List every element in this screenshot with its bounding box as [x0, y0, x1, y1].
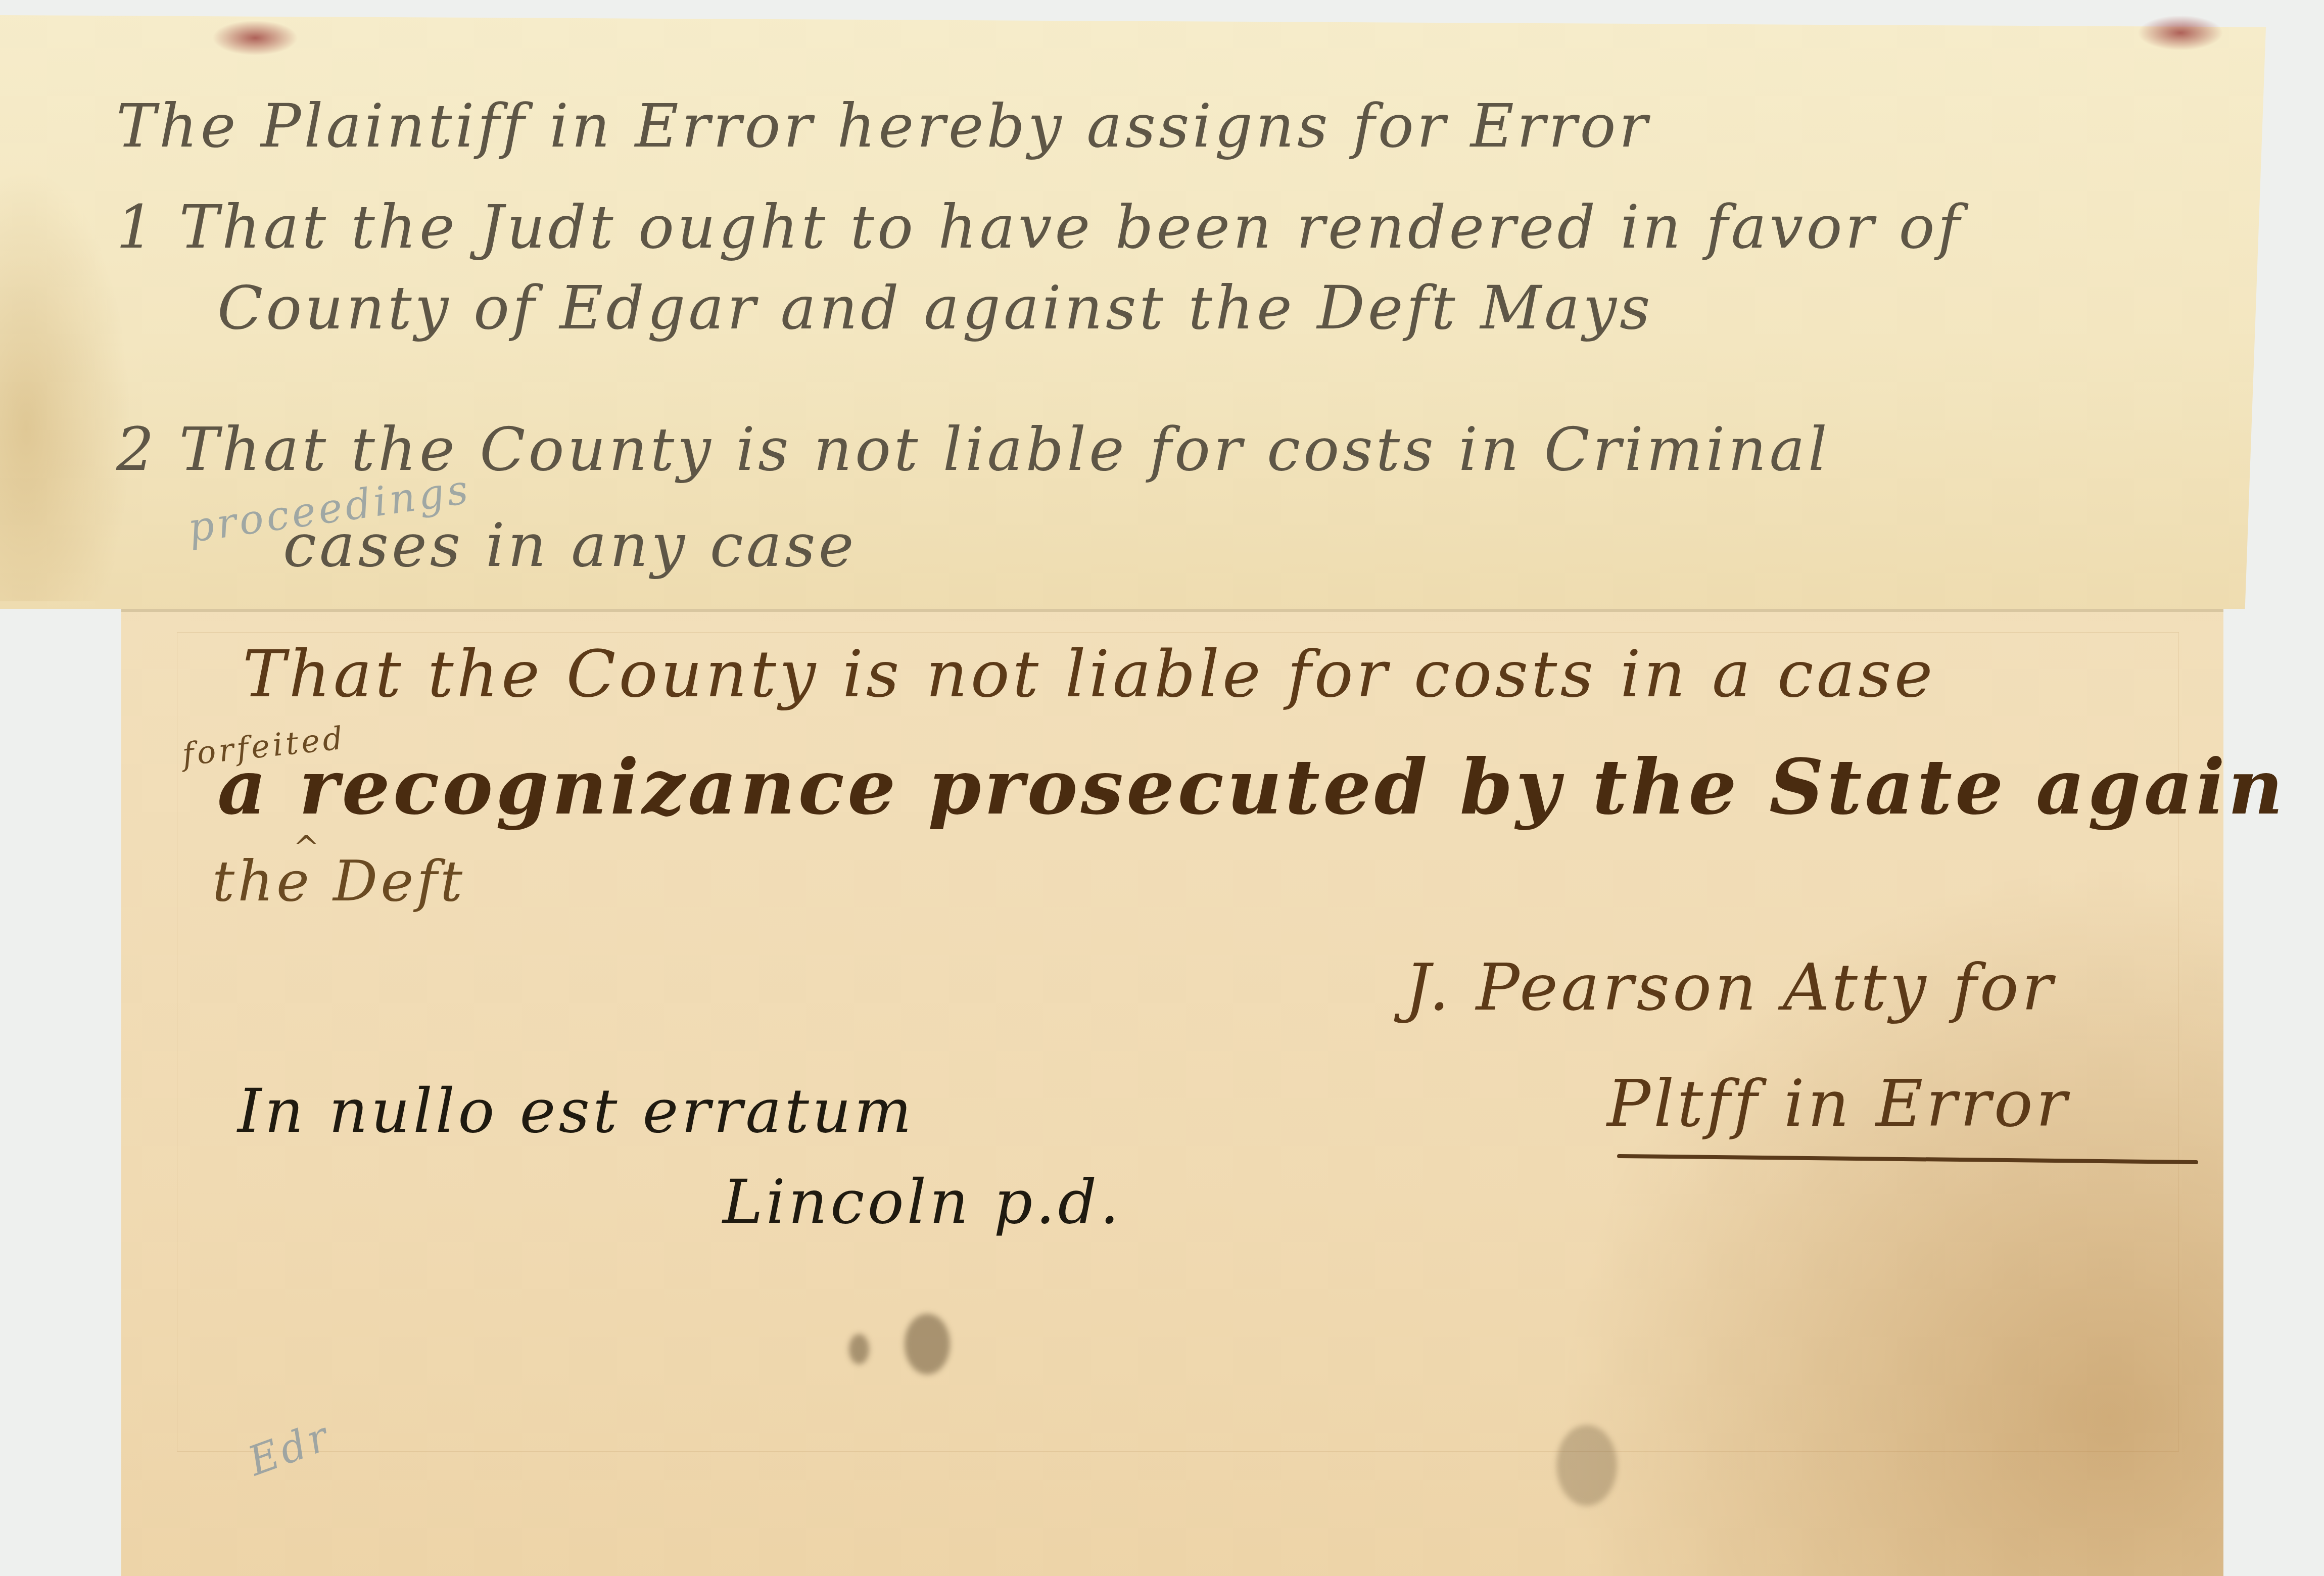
heading-line: The Plaintiff in Error hereby assigns fo… [116, 91, 1650, 161]
lincoln-signature: Lincoln p.d. [723, 1167, 1122, 1237]
ink-stain [849, 1334, 869, 1364]
assignment-line-2: a recognizance prosecuted by the State a… [217, 743, 2286, 832]
red-seal-mark-right [2138, 15, 2223, 51]
attorney-role: Pltff in Error [1607, 1066, 2070, 1141]
assignment-line-3: the Deft [212, 849, 465, 914]
edge-stain [0, 167, 131, 601]
joinder-in-error-text: In nullo est erratum [238, 1076, 915, 1147]
attorney-signature: J. Pearson Atty for [1405, 950, 2056, 1025]
error-item-2-line-1: 2 That the County is not liable for cost… [116, 414, 1830, 484]
assignment-line-1: That the County is not liable for costs … [243, 637, 1935, 712]
error-item-1-line-1: 1 That the Judt ought to have been rende… [116, 192, 1963, 262]
ink-stain [1556, 1425, 1617, 1506]
error-item-1-line-2: County of Edgar and against the Deft May… [217, 273, 1653, 343]
red-seal-mark-left [212, 20, 298, 56]
error-item-2-line-2: cases in any case [283, 510, 857, 580]
ink-stain [905, 1314, 950, 1374]
